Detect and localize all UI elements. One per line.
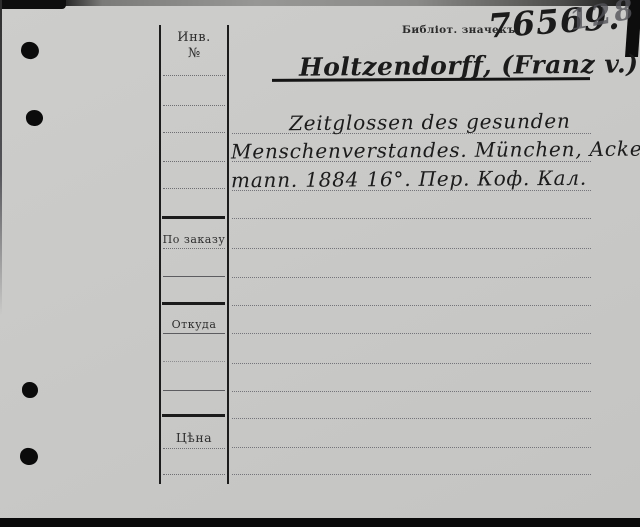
ruled-line	[232, 391, 591, 392]
ruled-line	[232, 447, 591, 448]
ruled-line	[232, 248, 591, 249]
title-line-2-handwritten: Menschenverstandes. München, Acker-	[231, 137, 640, 164]
scan-edge-bottom	[0, 518, 640, 527]
column-line	[163, 361, 225, 362]
title-line-3-handwritten: mann. 1884 16°. Пер. Коф. Кал.	[231, 166, 587, 192]
column-rule-left	[159, 25, 161, 484]
author-underline	[272, 77, 590, 81]
column-line	[163, 333, 225, 334]
column-section-divider	[162, 302, 225, 305]
column-line	[163, 390, 225, 391]
order-label: По заказу	[159, 233, 229, 246]
ruled-line	[232, 277, 591, 278]
punch-hole	[25, 109, 44, 127]
column-line	[163, 276, 225, 277]
catalog-card-scan: Инв. № По заказу Откуда Цѣна Библіот. зн…	[0, 0, 640, 527]
punch-hole	[22, 382, 38, 398]
column-line	[163, 474, 225, 475]
price-label: Цѣна	[159, 430, 229, 445]
ruled-line	[232, 474, 591, 475]
punch-hole	[19, 447, 38, 466]
ruled-line	[232, 363, 591, 364]
column-line	[163, 75, 225, 76]
scan-edge-top-left	[0, 0, 66, 9]
scan-edge-left	[0, 0, 2, 315]
column-line	[163, 132, 225, 133]
ruled-line	[232, 333, 591, 334]
column-line	[163, 161, 225, 162]
ruled-line	[232, 218, 591, 219]
column-line	[163, 448, 225, 449]
column-line	[163, 188, 225, 189]
ruled-line	[232, 418, 591, 419]
column-line	[163, 248, 225, 249]
inventory-number-sign: №	[159, 46, 229, 61]
column-rule-right	[227, 25, 229, 484]
column-line	[163, 105, 225, 106]
punch-hole	[19, 40, 40, 60]
ruled-line	[232, 305, 591, 306]
origin-label: Откуда	[159, 318, 229, 331]
inventory-label: Инв.	[159, 30, 229, 45]
title-line-1-handwritten: Zeitglossen des gesunden	[289, 109, 571, 135]
column-section-divider	[162, 216, 225, 219]
column-section-divider	[162, 414, 225, 417]
